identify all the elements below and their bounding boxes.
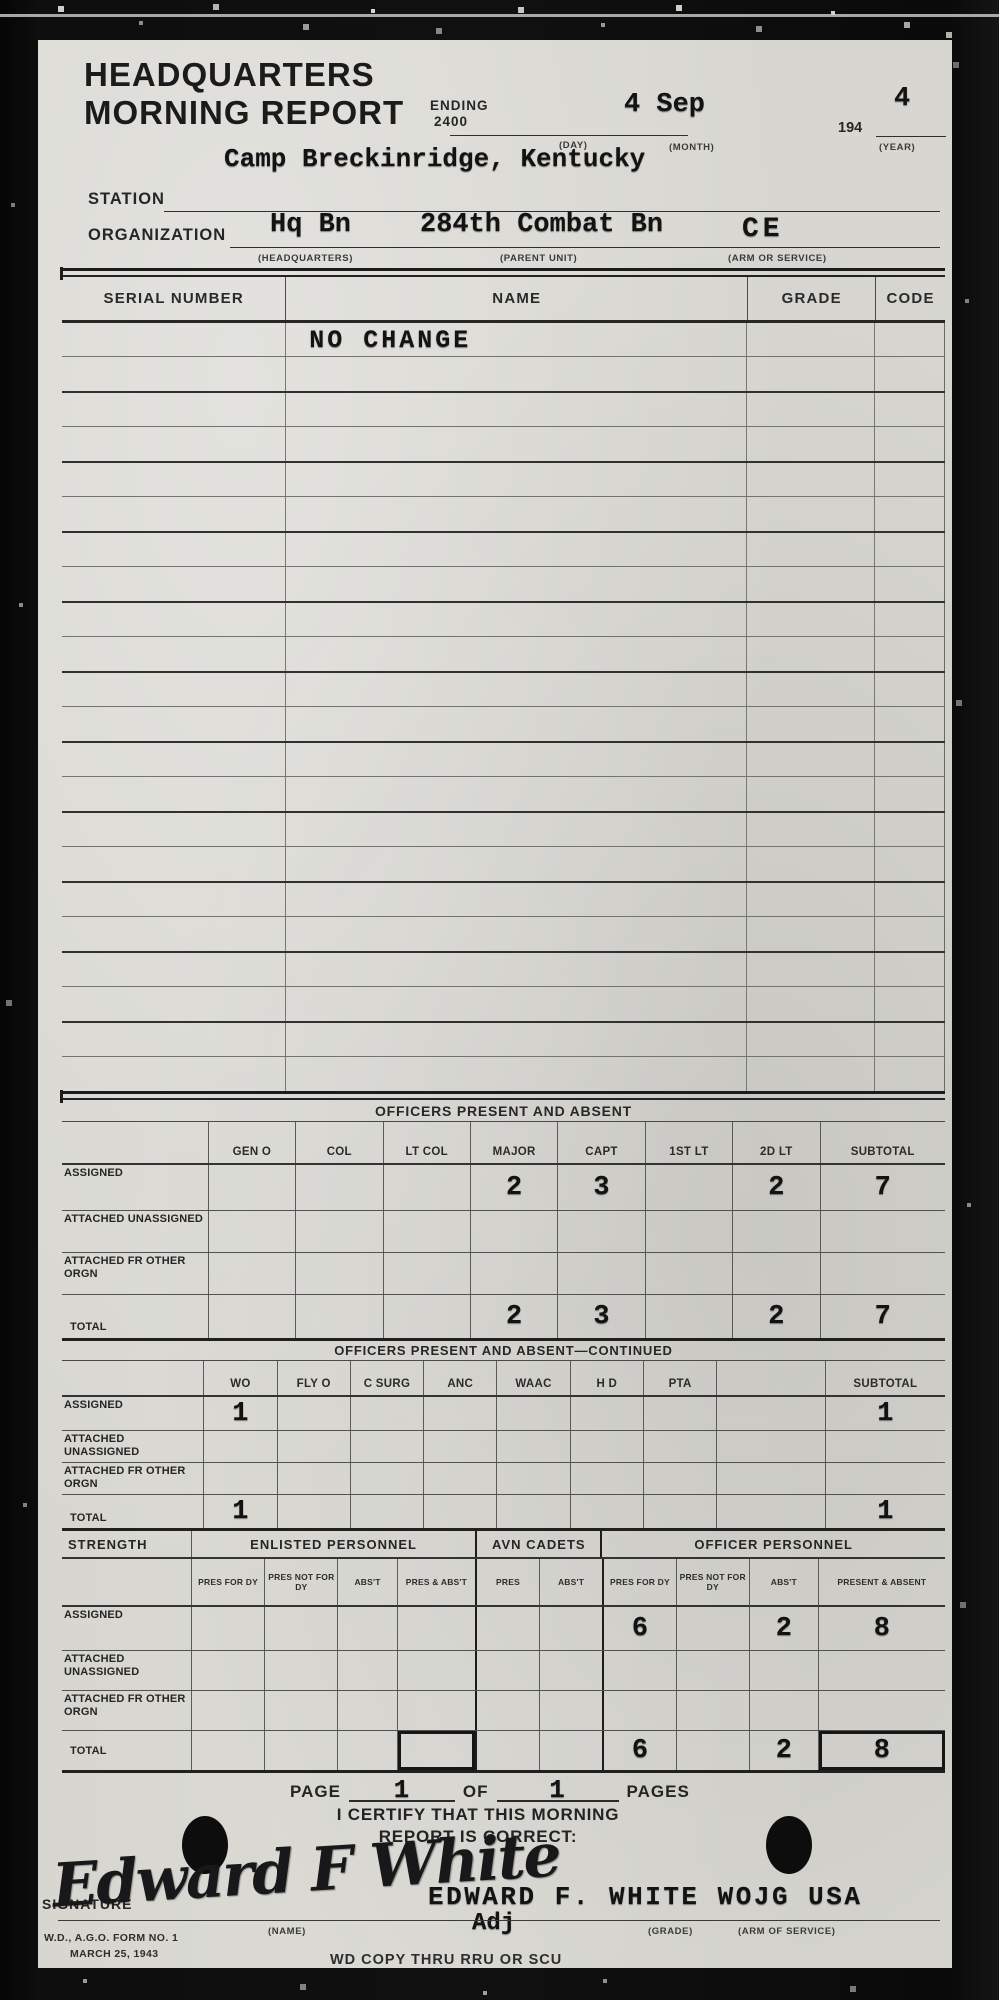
table-cell: 7 (820, 1295, 945, 1338)
table-cell (62, 1559, 191, 1605)
table-cell (496, 1463, 569, 1494)
table-cell: 3 (557, 1295, 644, 1338)
year-sublabel: (YEAR) (879, 142, 915, 153)
row-label: ATTACHED FR OTHER ORGN (62, 1253, 208, 1294)
table-cell: PRES & ABS'T (397, 1559, 476, 1605)
row-label: ATTACHED UNASSIGNED (62, 1431, 203, 1462)
table-cell (264, 1691, 337, 1730)
certify-line1: I CERTIFY THAT THIS MORNING (238, 1804, 718, 1826)
table-cell (62, 1122, 208, 1163)
table-cell (397, 1691, 476, 1730)
roster-row-empty (62, 463, 945, 533)
roster-row-empty (62, 603, 945, 673)
table-cell (539, 1691, 603, 1730)
typed-grade-entry: Adj (472, 1910, 515, 1937)
scan-streak (0, 14, 999, 17)
table-cell: CAPT (557, 1122, 644, 1163)
table-cell (496, 1397, 569, 1430)
year-prefix: 194 (838, 120, 862, 136)
officers-continued-title: OFFICERS PRESENT AND ABSENT—CONTINUED (62, 1341, 945, 1360)
continued-row-total: TOTAL 1 1 (62, 1495, 945, 1531)
page-number-blank: 1 (349, 1778, 455, 1802)
table-cell (397, 1607, 476, 1650)
table-cell: 1 (825, 1397, 945, 1430)
signature-underline (58, 1920, 940, 1921)
roster-top-rule (62, 268, 945, 277)
table-cell: PRES FOR DY (602, 1559, 675, 1605)
table-cell: 2 (732, 1295, 819, 1338)
table-cell (716, 1495, 825, 1528)
table-cell (570, 1397, 643, 1430)
table-cell (818, 1691, 945, 1730)
table-cell (191, 1691, 264, 1730)
ending-value: 2400 (434, 114, 468, 129)
typed-name-entry: EDWARD F. WHITE WOJG USA (428, 1882, 862, 1912)
table-cell (383, 1295, 470, 1338)
roster-header-row: SERIAL NUMBER NAME GRADE CODE (62, 277, 945, 323)
table-cell (676, 1731, 749, 1770)
officers-row-attached-unassigned: ATTACHED UNASSIGNED (62, 1211, 945, 1253)
table-cell (264, 1607, 337, 1650)
hole-punch-right (766, 1816, 812, 1874)
officers-table-title: OFFICERS PRESENT AND ABSENT (62, 1100, 945, 1121)
row-label: ATTACHED UNASSIGNED (62, 1651, 191, 1690)
row-label: ASSIGNED (62, 1607, 191, 1650)
table-cell (264, 1651, 337, 1690)
table-cell (539, 1731, 603, 1770)
grade-sublabel: (GRADE) (648, 1926, 693, 1937)
table-cell: 3 (557, 1165, 644, 1210)
pages-total-blank: 1 (497, 1778, 619, 1802)
pages-total-typed: 1 (549, 1780, 566, 1800)
table-cell: PRES NOT FOR DY (264, 1559, 337, 1605)
table-cell (643, 1431, 716, 1462)
table-cell: ANC (423, 1361, 496, 1395)
scan-background: HEADQUARTERS MORNING REPORT ENDING 2400 … (0, 0, 999, 2000)
of-label: OF (463, 1782, 489, 1802)
table-cell (397, 1731, 476, 1770)
table-cell (716, 1431, 825, 1462)
no-change-entry: NO CHANGE (309, 326, 471, 355)
table-cell: 6 (602, 1607, 675, 1650)
table-cell: COL (295, 1122, 382, 1163)
roster-row-empty (62, 673, 945, 743)
table-cell (820, 1253, 945, 1294)
table-cell (570, 1431, 643, 1462)
officers-header-row: GEN O COL LT COL MAJOR CAPT 1ST LT 2D LT… (62, 1122, 945, 1165)
ending-label: ENDING (430, 98, 489, 113)
table-cell (397, 1651, 476, 1690)
roster-row-empty (62, 1023, 945, 1091)
table-cell (716, 1361, 825, 1395)
row-label: ATTACHED UNASSIGNED (62, 1211, 208, 1252)
continued-header-row: WO FLY O C SURG ANC WAAC H D PTA SUBTOTA… (62, 1361, 945, 1397)
table-cell (423, 1431, 496, 1462)
table-cell (350, 1463, 423, 1494)
table-cell: GEN O (208, 1122, 295, 1163)
officers-table: OFFICERS PRESENT AND ABSENT GEN O COL LT… (62, 1100, 945, 1341)
roster-row-empty (62, 883, 945, 953)
officers-row-assigned: ASSIGNED 2 3 2 7 (62, 1165, 945, 1211)
continued-row-assigned: ASSIGNED 1 1 (62, 1397, 945, 1431)
table-cell (350, 1431, 423, 1462)
group-enlisted: ENLISTED PERSONNEL (191, 1531, 475, 1557)
org-hq-typed-entry: Hq Bn (270, 210, 351, 240)
continued-row-attached-fr-other: ATTACHED FR OTHER ORGN (62, 1463, 945, 1495)
form-title-line2: MORNING REPORT (84, 94, 404, 132)
table-cell: C SURG (350, 1361, 423, 1395)
routing-note: WD COPY THRU RRU OR SCU (330, 1952, 562, 1968)
table-cell: PRES NOT FOR DY (676, 1559, 749, 1605)
pages-label: PAGES (627, 1782, 690, 1802)
table-cell: PRESENT & ABSENT (818, 1559, 945, 1605)
year-typed-entry: 4 (894, 84, 910, 114)
table-cell (818, 1651, 945, 1690)
strength-title: STRENGTH (62, 1531, 191, 1557)
arm-of-service-sublabel: (ARM OF SERVICE) (738, 1926, 836, 1937)
continued-row-attached-unassigned: ATTACHED UNASSIGNED (62, 1431, 945, 1463)
table-cell (383, 1165, 470, 1210)
station-typed-entry: Camp Breckinridge, Kentucky (224, 144, 645, 174)
table-cell: 2 (470, 1165, 557, 1210)
table-cell (423, 1495, 496, 1528)
table-cell (732, 1253, 819, 1294)
table-cell (676, 1691, 749, 1730)
roster-row-entry: NO CHANGE (62, 323, 945, 393)
organization-underline (230, 247, 940, 248)
table-cell (337, 1691, 396, 1730)
officers-row-total: TOTAL 2 3 2 7 (62, 1295, 945, 1341)
table-cell (602, 1651, 675, 1690)
table-cell (496, 1495, 569, 1528)
table-cell (277, 1397, 350, 1430)
table-cell: ABS'T (749, 1559, 818, 1605)
table-cell (643, 1463, 716, 1494)
table-cell (643, 1495, 716, 1528)
strength-row-total: TOTAL 6 2 8 (62, 1731, 945, 1773)
page-number-typed: 1 (394, 1780, 411, 1800)
strength-subheader-row: PRES FOR DY PRES NOT FOR DY ABS'T PRES &… (62, 1559, 945, 1607)
table-cell (676, 1607, 749, 1650)
roster-bottom-rule (62, 1091, 945, 1100)
org-arm-typed-entry: CE (742, 214, 784, 245)
table-cell: 6 (602, 1731, 675, 1770)
table-cell (645, 1253, 732, 1294)
roster-table: SERIAL NUMBER NAME GRADE CODE NO CHANGE (62, 277, 945, 1091)
table-cell (208, 1211, 295, 1252)
date-typed-entry: 4 Sep (624, 90, 705, 120)
table-cell (475, 1731, 539, 1770)
roster-col-name: NAME (285, 277, 747, 320)
table-cell (475, 1607, 539, 1650)
table-cell: H D (570, 1361, 643, 1395)
roster-col-serial: SERIAL NUMBER (62, 277, 285, 320)
page-label: PAGE (290, 1782, 341, 1802)
table-cell (470, 1211, 557, 1252)
form-title-line1: HEADQUARTERS (84, 56, 375, 94)
table-cell: 1 (825, 1495, 945, 1528)
table-cell (820, 1211, 945, 1252)
table-cell: 1ST LT (645, 1122, 732, 1163)
row-label: TOTAL (62, 1295, 208, 1338)
row-label: ASSIGNED (62, 1165, 208, 1210)
group-avn-cadets: AVN CADETS (475, 1531, 602, 1557)
strength-row-attached-fr-other: ATTACHED FR OTHER ORGN (62, 1691, 945, 1731)
table-cell (749, 1651, 818, 1690)
row-label: ATTACHED FR OTHER ORGN (62, 1691, 191, 1730)
roster-row-empty (62, 813, 945, 883)
table-cell: 2 (749, 1607, 818, 1650)
form-date: MARCH 25, 1943 (70, 1948, 158, 1960)
page-count-line: PAGE 1 OF 1 PAGES (290, 1778, 690, 1802)
table-cell: PRES FOR DY (191, 1559, 264, 1605)
table-cell (825, 1431, 945, 1462)
strength-group-header: STRENGTH ENLISTED PERSONNEL AVN CADETS O… (62, 1531, 945, 1559)
name-sublabel: (NAME) (268, 1926, 306, 1937)
table-cell (295, 1165, 382, 1210)
table-cell (295, 1295, 382, 1338)
table-cell: 8 (818, 1607, 945, 1650)
table-cell: FLY O (277, 1361, 350, 1395)
table-cell: PTA (643, 1361, 716, 1395)
table-cell: 7 (820, 1165, 945, 1210)
roster-row-empty (62, 953, 945, 1023)
table-cell (337, 1731, 396, 1770)
table-cell (277, 1431, 350, 1462)
row-label: ASSIGNED (62, 1397, 203, 1430)
officers-continued-table: OFFICERS PRESENT AND ABSENT—CONTINUED WO… (62, 1341, 945, 1531)
table-cell: MAJOR (470, 1122, 557, 1163)
org-parent-typed-entry: 284th Combat Bn (420, 210, 663, 240)
row-label: TOTAL (62, 1731, 191, 1770)
date-underline (450, 135, 688, 136)
table-cell: 1 (203, 1495, 276, 1528)
month-sublabel: (MONTH) (669, 142, 714, 153)
strength-row-assigned: ASSIGNED 6 2 8 (62, 1607, 945, 1651)
table-cell: 2 (732, 1165, 819, 1210)
morning-report-document: HEADQUARTERS MORNING REPORT ENDING 2400 … (38, 40, 952, 1968)
table-cell (277, 1495, 350, 1528)
table-cell (423, 1397, 496, 1430)
table-cell (337, 1607, 396, 1650)
table-cell (570, 1495, 643, 1528)
table-cell (203, 1463, 276, 1494)
table-cell (62, 1361, 203, 1395)
table-cell (749, 1691, 818, 1730)
roster-col-grade: GRADE (747, 277, 875, 320)
table-cell (496, 1431, 569, 1462)
roster-rows: NO CHANGE (62, 323, 945, 1091)
table-cell (191, 1607, 264, 1650)
station-label: STATION (88, 190, 165, 209)
table-cell: WO (203, 1361, 276, 1395)
table-cell (264, 1731, 337, 1770)
roster-row-empty (62, 393, 945, 463)
table-cell: ABS'T (337, 1559, 396, 1605)
table-cell (676, 1651, 749, 1690)
table-cell (557, 1253, 644, 1294)
table-cell (645, 1165, 732, 1210)
table-cell: 2 (749, 1731, 818, 1770)
table-cell: 2 (470, 1295, 557, 1338)
table-cell (295, 1253, 382, 1294)
roster-row-empty (62, 743, 945, 813)
form-id: W.D., A.G.O. FORM NO. 1 (44, 1932, 178, 1944)
table-cell (203, 1431, 276, 1462)
table-cell: WAAC (496, 1361, 569, 1395)
year-underline (876, 136, 946, 137)
table-cell: SUBTOTAL (820, 1122, 945, 1163)
table-cell (570, 1463, 643, 1494)
strength-table: STRENGTH ENLISTED PERSONNEL AVN CADETS O… (62, 1531, 945, 1773)
row-label: ATTACHED FR OTHER ORGN (62, 1463, 203, 1494)
table-cell (825, 1463, 945, 1494)
table-cell (539, 1607, 603, 1650)
table-cell: ABS'T (539, 1559, 603, 1605)
row-label: TOTAL (62, 1495, 203, 1528)
table-cell (337, 1651, 396, 1690)
table-cell (470, 1253, 557, 1294)
headquarters-sublabel: (HEADQUARTERS) (258, 253, 353, 264)
table-cell (602, 1691, 675, 1730)
table-cell (191, 1731, 264, 1770)
officers-row-attached-fr-other: ATTACHED FR OTHER ORGN (62, 1253, 945, 1295)
group-officer: OFFICER PERSONNEL (602, 1531, 945, 1557)
table-cell (475, 1651, 539, 1690)
table-cell (350, 1397, 423, 1430)
parent-unit-sublabel: (PARENT UNIT) (500, 253, 577, 264)
table-cell: 2D LT (732, 1122, 819, 1163)
table-cell (208, 1165, 295, 1210)
table-cell (475, 1691, 539, 1730)
table-cell (208, 1295, 295, 1338)
table-cell (557, 1211, 644, 1252)
table-cell (423, 1463, 496, 1494)
table-cell: LT COL (383, 1122, 470, 1163)
table-cell (732, 1211, 819, 1252)
scan-noise-specks (0, 0, 2, 2)
table-cell (716, 1397, 825, 1430)
table-cell (208, 1253, 295, 1294)
table-cell (645, 1211, 732, 1252)
table-cell: 1 (203, 1397, 276, 1430)
roster-row-empty (62, 533, 945, 603)
table-cell (645, 1295, 732, 1338)
table-cell (295, 1211, 382, 1252)
organization-label: ORGANIZATION (88, 226, 226, 245)
table-cell (539, 1651, 603, 1690)
roster-col-code: CODE (875, 277, 945, 320)
table-cell: 8 (818, 1731, 945, 1770)
arm-service-sublabel: (ARM OR SERVICE) (728, 253, 827, 264)
table-cell: SUBTOTAL (825, 1361, 945, 1395)
table-cell: PRES (475, 1559, 539, 1605)
table-cell (350, 1495, 423, 1528)
table-cell (191, 1651, 264, 1690)
strength-row-attached-unassigned: ATTACHED UNASSIGNED (62, 1651, 945, 1691)
table-cell (643, 1397, 716, 1430)
table-cell (716, 1463, 825, 1494)
table-cell (383, 1211, 470, 1252)
table-cell (277, 1463, 350, 1494)
table-cell (383, 1253, 470, 1294)
